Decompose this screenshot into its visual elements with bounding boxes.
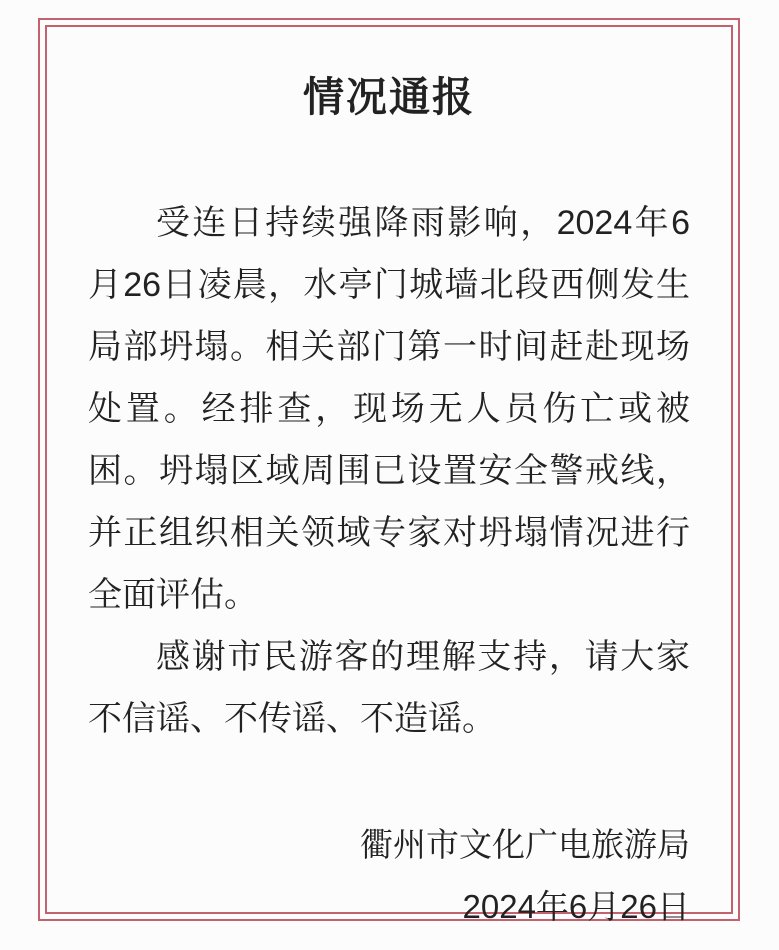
paragraph-incident: 受连日持续强降雨影响，2024年6月26日凌晨，水亭门城墙北段西侧发生局部坍塌。…: [88, 192, 690, 626]
notice-body: 受连日持续强降雨影响，2024年6月26日凌晨，水亭门城墙北段西侧发生局部坍塌。…: [88, 192, 690, 750]
notice-page: 情况通报 受连日持续强降雨影响，2024年6月26日凌晨，水亭门城墙北段西侧发生…: [0, 0, 779, 950]
notice-content: 情况通报 受连日持续强降雨影响，2024年6月26日凌晨，水亭门城墙北段西侧发生…: [88, 0, 690, 938]
notice-title: 情况通报: [88, 72, 690, 122]
paragraph-appeal: 感谢市民游客的理解支持，请大家不信谣、不传谣、不造谣。: [88, 626, 690, 750]
signature-block: 衢州市文化广电旅游局 2024年6月26日: [88, 814, 690, 938]
issuing-authority: 衢州市文化广电旅游局: [88, 814, 690, 876]
issue-date: 2024年6月26日: [88, 876, 690, 938]
